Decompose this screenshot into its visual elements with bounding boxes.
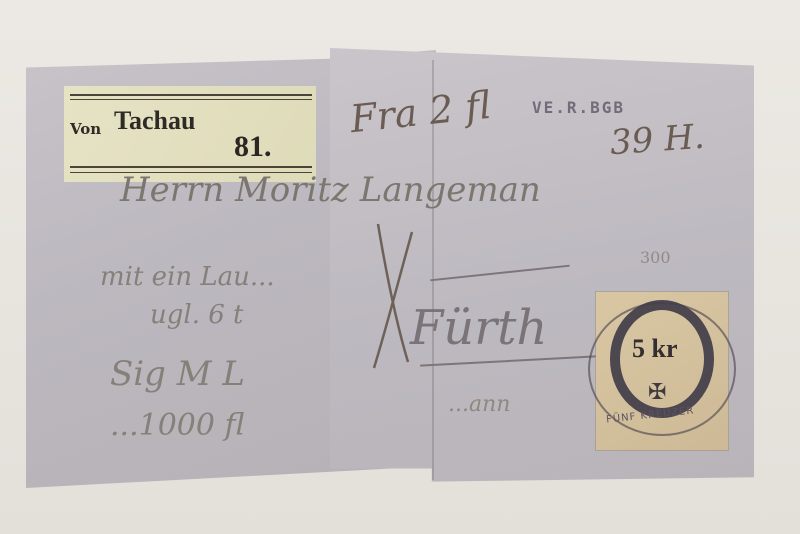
revenue-stamp: 5 kr ✠ FÜNF KREUZER bbox=[596, 292, 728, 450]
label-prefix: Von bbox=[70, 120, 101, 138]
label-number: 81. bbox=[234, 130, 272, 164]
handwriting-line: mit ein Lau... bbox=[100, 262, 275, 292]
handwriting-line: ugl. 6 t bbox=[150, 300, 244, 330]
handwriting-line: Sig M L bbox=[110, 354, 245, 394]
pencil-note: 300 bbox=[640, 248, 671, 267]
label-town: Tachau bbox=[114, 106, 195, 136]
label-rule bbox=[70, 99, 312, 100]
handwriting-line: ...1000 fl bbox=[110, 408, 245, 443]
amount-note: 39 H. bbox=[609, 117, 706, 163]
faint-note: ...ann bbox=[448, 392, 510, 417]
label-rule bbox=[70, 166, 312, 168]
addressee: Herrn Moritz Langeman bbox=[120, 170, 541, 210]
origin-label: Von Tachau 81. bbox=[64, 86, 316, 182]
handstamp-text: VE.R.BGB bbox=[532, 98, 625, 117]
label-rule bbox=[70, 94, 312, 96]
postal-cover: Von Tachau 81. Fra 2 fl VE.R.BGB 39 H. H… bbox=[0, 0, 800, 534]
destination-city: Fürth bbox=[410, 300, 547, 356]
